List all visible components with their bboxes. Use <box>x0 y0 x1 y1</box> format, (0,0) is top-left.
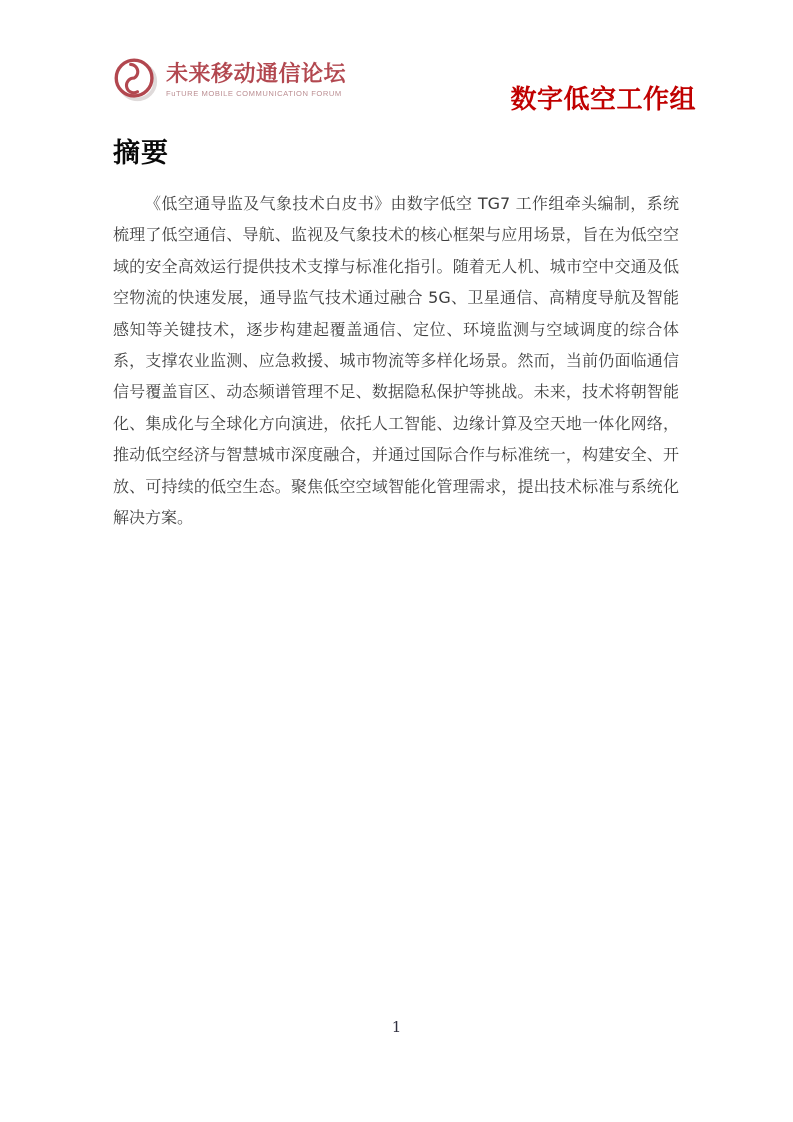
logo-chinese-name: 未来移动通信论坛 <box>166 61 346 88</box>
forum-logo-text: 未来移动通信论坛 FuTURE MOBILE COMMUNICATION FOR… <box>166 61 346 99</box>
forum-logo-icon <box>112 55 159 104</box>
forum-logo: 未来移动通信论坛 FuTURE MOBILE COMMUNICATION FOR… <box>112 55 346 104</box>
workgroup-title: 数字低空工作组 <box>510 84 696 116</box>
logo-english-name: FuTURE MOBILE COMMUNICATION FORUM <box>166 89 346 99</box>
abstract-heading: 摘要 <box>113 137 169 171</box>
document-page: 未来移动通信论坛 FuTURE MOBILE COMMUNICATION FOR… <box>0 0 793 1122</box>
page-number: 1 <box>0 1017 793 1037</box>
abstract-paragraph: 《低空通导监及气象技术白皮书》由数字低空 TG7 工作组牵头编制，系统梳理了低空… <box>113 188 679 533</box>
